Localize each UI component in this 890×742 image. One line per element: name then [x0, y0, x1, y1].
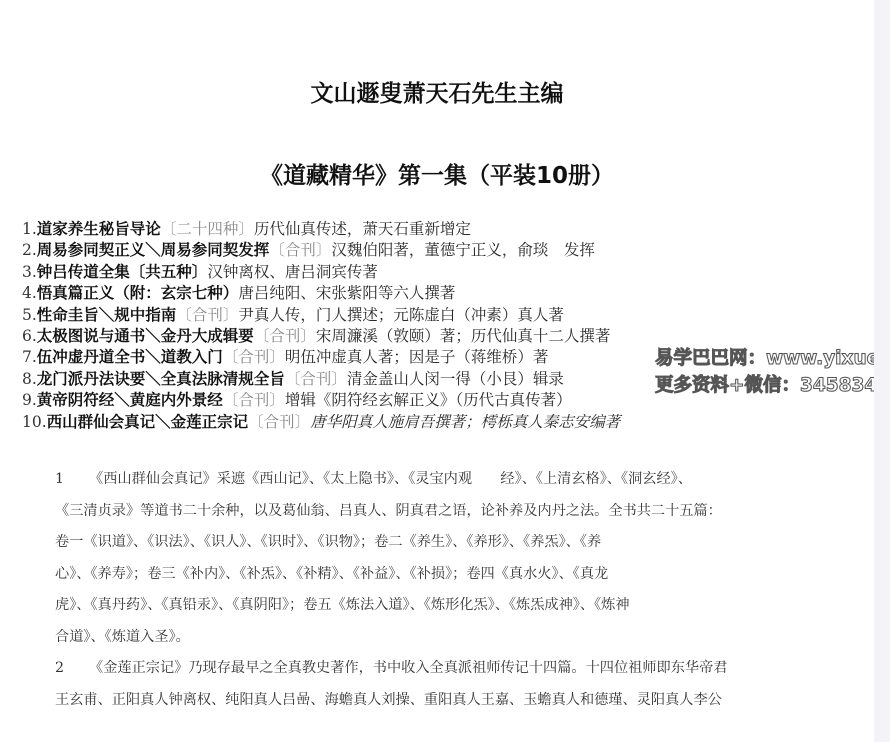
paragraph-line: 卷一《识道》、《识法》、《识人》、《识时》、《识物》；卷二《养生》、《养形》、《… — [55, 527, 845, 559]
toc-number: 2. — [22, 241, 37, 259]
toc-item: 1.道家养生秘旨导论〔二十四种〕历代仙真传述，萧天石重新增定 — [22, 219, 872, 240]
toc-description: 清金盖山人闵一得（小艮）辑录 — [347, 370, 564, 388]
paragraph-line: 虎》、《真丹药》、《真铅汞》、《真阴阳》；卷五《炼法入道》、《炼形化炁》、《炼炁… — [55, 590, 845, 622]
toc-item: 5.性命圭旨＼规中指南〔合刊〕尹真人传，门人撰述；元陈虚白（冲素）真人著 — [22, 305, 872, 326]
body-text: 1《西山群仙会真记》采遮《西山记》、《太上隐书》、《灵宝内观 经》、《上清玄格》… — [55, 464, 845, 716]
toc-description: 唐华阳真人施肩吾撰著；樗栎真人秦志安编著 — [310, 413, 620, 431]
paragraph-line: 《三清贞录》等道书二十余种，以及葛仙翁、吕真人、阴真君之语，论补养及内丹之法。全… — [55, 496, 845, 528]
paragraph-line: 合道》、《炼道入圣》。 — [55, 622, 845, 654]
toc-description: 明伍冲虚真人著；因是子（蒋维桥）著 — [285, 348, 549, 366]
paragraph-line: 王玄甫、正阳真人钟离权、纯阳真人吕喦、海蟾真人刘操、重阳真人王嘉、玉蟾真人和德瑾… — [55, 685, 845, 717]
toc-book-title: 龙门派丹法诀要＼全真法脉清规全旨 — [37, 370, 285, 388]
toc-book-title: 太极图说与通书＼金丹大成辑要 — [37, 327, 254, 345]
paragraph-number: 1 — [55, 464, 89, 496]
paragraph-number: 2 — [55, 653, 89, 685]
page-edge-strip — [874, 0, 890, 742]
toc-number: 4. — [22, 284, 37, 302]
toc-description: 唐吕纯阳、宋张紫阳等六人撰著 — [238, 284, 455, 302]
series-title: 《道藏精华》第一集（平装10册） — [0, 157, 874, 190]
toc-book-title: 钟吕传道全集〔共五种〕 — [37, 263, 208, 281]
watermark-line-contact: 更多资料+微信：3458344044 — [655, 372, 890, 399]
toc-tag: 〔合刊〕 — [176, 306, 238, 324]
toc-number: 3. — [22, 263, 37, 281]
toc-book-title: 黄帝阴符经＼黄庭内外景经 — [37, 391, 223, 409]
toc-description: 增辑《阴符经玄解正义》（历代古真传著） — [285, 391, 572, 409]
paragraph-line: 1《西山群仙会真记》采遮《西山记》、《太上隐书》、《灵宝内观 经》、《上清玄格》… — [55, 464, 845, 496]
toc-number: 10. — [22, 413, 47, 431]
editor-line: 文山遯叟萧天石先生主编 — [0, 75, 874, 108]
toc-number: 5. — [22, 306, 37, 324]
document-page: 文山遯叟萧天石先生主编 《道藏精华》第一集（平装10册） 1.道家养生秘旨导论〔… — [0, 0, 874, 742]
toc-number: 8. — [22, 370, 37, 388]
line-text: 《金莲正宗记》乃现存最早之全真教史著作，书中收入全真派祖师传记十四篇。十四位祖师… — [89, 660, 727, 676]
toc-item: 10.西山群仙会真记＼金莲正宗记〔合刊〕唐华阳真人施肩吾撰著；樗栎真人秦志安编著 — [22, 412, 872, 433]
toc-book-title: 西山群仙会真记＼金莲正宗记 — [47, 413, 249, 431]
watermark-line-website: 易学巴巴网：www.yixue88.cn — [655, 345, 890, 372]
toc-tag: 〔合刊〕 — [254, 327, 316, 345]
toc-tag: 〔合刊〕 — [248, 413, 310, 431]
toc-number: 7. — [22, 348, 37, 366]
toc-description: 汉魏伯阳著，董德宁正义，俞琰 发挥 — [331, 241, 595, 259]
toc-book-title: 悟真篇正义（附：玄宗七种） — [37, 284, 239, 302]
toc-tag: 〔合刊〕 — [269, 241, 331, 259]
paragraph-2: 2《金莲正宗记》乃现存最早之全真教史著作，书中收入全真派祖师传记十四篇。十四位祖… — [55, 653, 845, 716]
toc-number: 6. — [22, 327, 37, 345]
toc-description: 尹真人传，门人撰述；元陈虚白（冲素）真人著 — [238, 306, 564, 324]
toc-book-title: 道家养生秘旨导论 — [37, 220, 161, 238]
toc-item: 2.周易参同契正义＼周易参同契发挥〔合刊〕汉魏伯阳著，董德宁正义，俞琰 发挥 — [22, 240, 872, 261]
paragraph-line: 2《金莲正宗记》乃现存最早之全真教史著作，书中收入全真派祖师传记十四篇。十四位祖… — [55, 653, 845, 685]
toc-description: 历代仙真传述，萧天石重新增定 — [254, 220, 471, 238]
paragraph-1: 1《西山群仙会真记》采遮《西山记》、《太上隐书》、《灵宝内观 经》、《上清玄格》… — [55, 464, 845, 653]
toc-tag: 〔合刊〕 — [223, 348, 285, 366]
paragraph-line: 心》、《养寿》；卷三《补内》、《补炁》、《补精》、《补益》、《补损》；卷四《真水… — [55, 559, 845, 591]
toc-tag: 〔二十四种〕 — [161, 220, 254, 238]
toc-tag: 〔合刊〕 — [285, 370, 347, 388]
toc-description: 汉钟离权、唐吕洞宾传著 — [207, 263, 378, 281]
toc-number: 9. — [22, 391, 37, 409]
toc-number: 1. — [22, 220, 37, 238]
watermark: 易学巴巴网：www.yixue88.cn 更多资料+微信：3458344044 — [655, 345, 890, 399]
toc-book-title: 伍冲虚丹道全书＼道教入门 — [37, 348, 223, 366]
line-text: 《西山群仙会真记》采遮《西山记》、《太上隐书》、《灵宝内观 经》、《上清玄格》、… — [89, 471, 692, 487]
table-of-contents: 1.道家养生秘旨导论〔二十四种〕历代仙真传述，萧天石重新增定 2.周易参同契正义… — [22, 219, 872, 433]
toc-book-title: 周易参同契正义＼周易参同契发挥 — [37, 241, 270, 259]
toc-description: 宋周濂溪（敦颐）著；历代仙真十二人撰著 — [316, 327, 611, 345]
toc-item: 4.悟真篇正义（附：玄宗七种）唐吕纯阳、宋张紫阳等六人撰著 — [22, 283, 872, 304]
toc-item: 3.钟吕传道全集〔共五种〕汉钟离权、唐吕洞宾传著 — [22, 262, 872, 283]
toc-book-title: 性命圭旨＼规中指南 — [37, 306, 177, 324]
toc-tag: 〔合刊〕 — [223, 391, 285, 409]
